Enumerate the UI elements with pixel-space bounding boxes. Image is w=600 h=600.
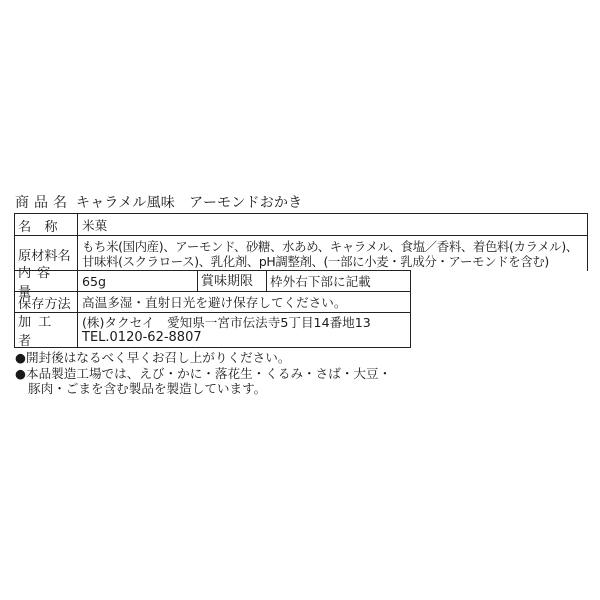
row-processor-label-text: 加工者 <box>18 311 74 349</box>
product-name-value: キャラメル風味 アーモンドおかき <box>76 195 302 211</box>
row-quantity-value: 65g <box>79 271 197 291</box>
product-name-line: 商品名キャラメル風味 アーモンドおかき <box>15 194 302 212</box>
product-name-label: 商品名 <box>15 195 72 211</box>
label-table-upper: 名 称 米菓 原材料名 もち米(国内産)、アーモンド、砂糖、水あめ、キャラメル、… <box>14 213 588 271</box>
label-table-lower: 内容量 65g 賞味期限 枠外右下部に記載 保存方法 高温多湿・直射日光を避け保… <box>14 270 411 348</box>
row-quantity-label: 内容量 <box>15 271 78 291</box>
row-bestbefore-label: 賞味期限 <box>201 274 253 289</box>
note-2: ●本品製造工場では、えび・かに・落花生・くるみ・さば・大豆・ <box>15 366 391 382</box>
row-processor-label: 加工者 <box>15 313 78 347</box>
divider <box>266 271 267 291</box>
row-storage-value: 高温多湿・直射日光を避け保存してください。 <box>79 292 346 313</box>
row-processor-value: (株)タクセイ 愛知県一宮市伝法寺5丁目14番地13 TEL.0120-62-8… <box>79 313 371 347</box>
food-label: 商品名キャラメル風味 アーモンドおかき 名 称 米菓 原材料名 もち米(国内産)… <box>0 0 600 600</box>
processor-phone: TEL.0120-62-8807 <box>82 330 202 345</box>
row-name-value: 米菓 <box>79 214 107 236</box>
row-storage-label-text: 保存方法 <box>18 293 71 312</box>
note-1: ●開封後はなるべく早くお召し上がりください。 <box>15 350 391 366</box>
note-2-continued: 豚肉・ごまを含む製品を製造しています。 <box>15 381 391 397</box>
row-ingredients-label-text: 原材料名 <box>18 245 71 264</box>
notes: ●開封後はなるべく早くお召し上がりください。 ●本品製造工場では、えび・かに・落… <box>15 350 391 397</box>
row-name-label: 名 称 <box>15 214 78 236</box>
divider <box>197 271 198 291</box>
row-bestbefore-value: 枠外右下部に記載 <box>270 274 371 289</box>
ingredients-line-1: もち米(国内産)、アーモンド、砂糖、水あめ、キャラメル、食塩／香料、着色料(カラ… <box>82 239 578 254</box>
processor-address: (株)タクセイ 愛知県一宮市伝法寺5丁目14番地13 <box>82 315 371 330</box>
ingredients-line-2: 甘味料(スクラロース)、乳化剤、pH調整剤、(一部に小麦・乳成分・アーモンドを含… <box>82 254 549 269</box>
row-name-label-text: 名 称 <box>18 216 58 235</box>
row-ingredients-value: もち米(国内産)、アーモンド、砂糖、水あめ、キャラメル、食塩／香料、着色料(カラ… <box>79 236 578 272</box>
row-storage-label: 保存方法 <box>15 292 78 313</box>
